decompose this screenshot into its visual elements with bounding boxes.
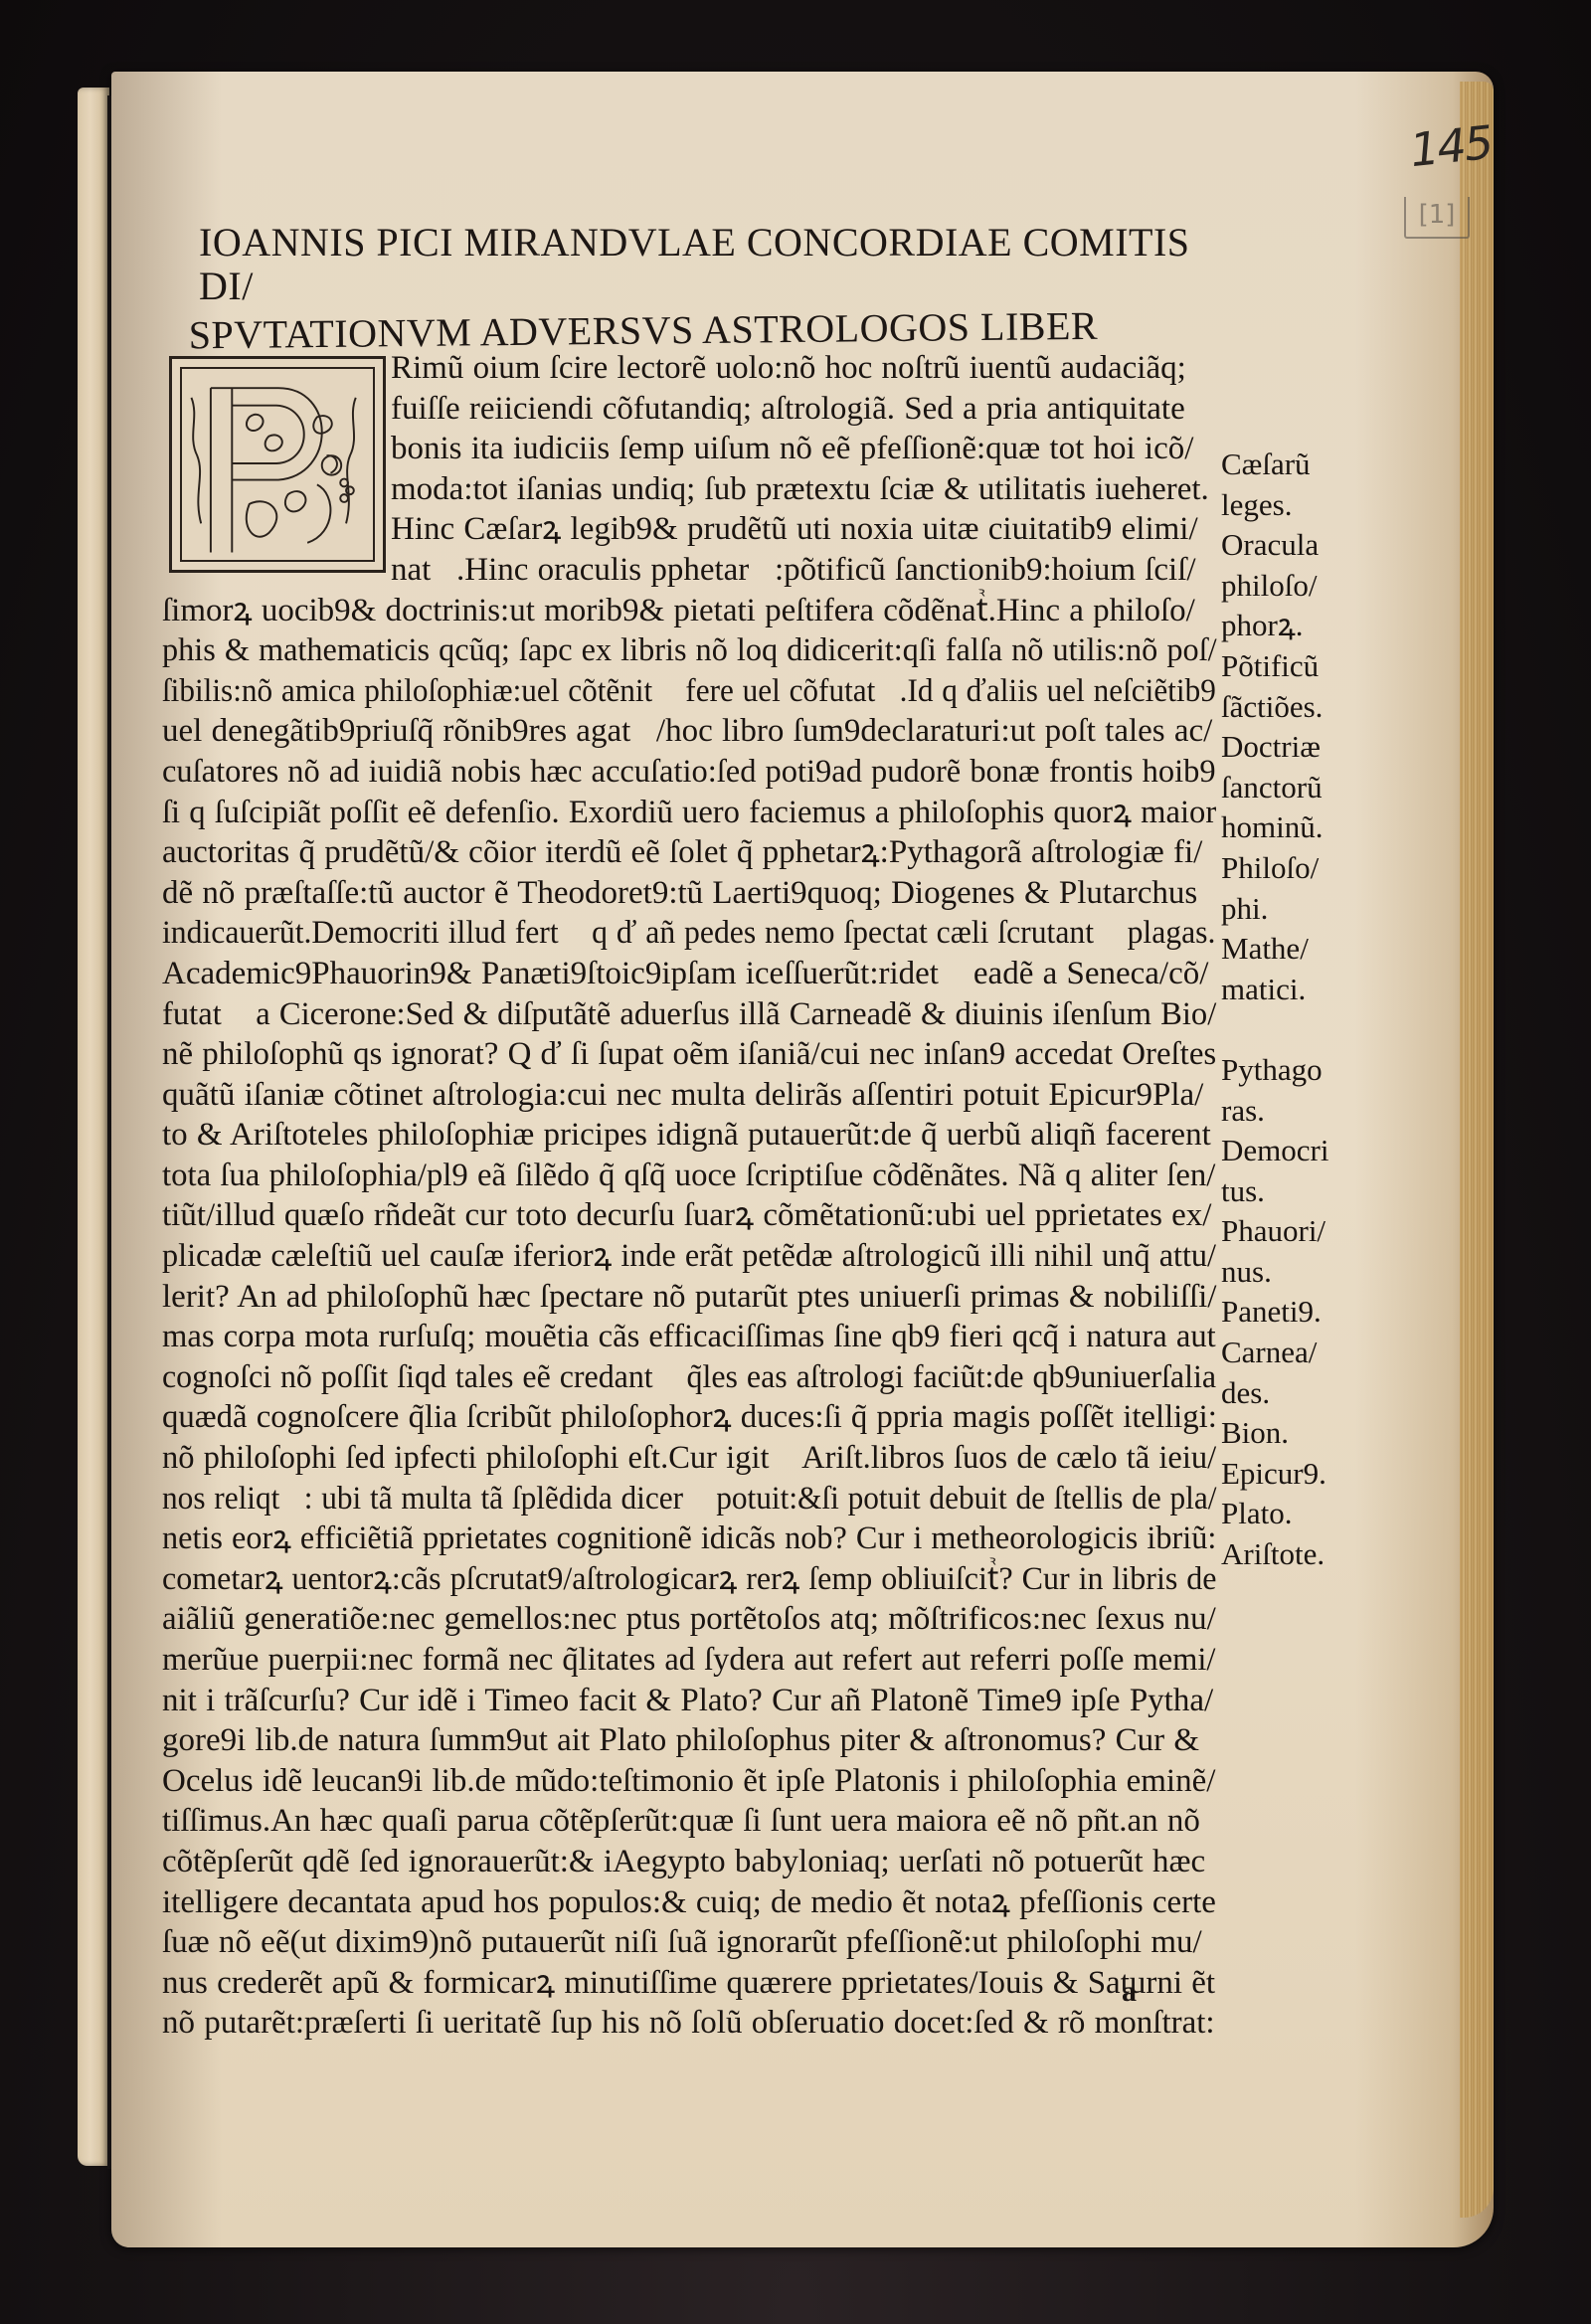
text-line: dẽ nõ præſtaſſe:tũ auctor ẽ Theodoret9:t…: [162, 873, 1216, 914]
text-line: phis & mathematicis qcũq; ſapc ex libris…: [162, 630, 1193, 671]
text-line: aiãliũ generatiõe:nec gemellos:nec ptus …: [162, 1599, 1214, 1640]
pencil-shelfmark: [1]: [1404, 197, 1470, 239]
margin-note: Bion.: [1221, 1413, 1370, 1454]
margin-note-gap: [1221, 1009, 1370, 1050]
text-line: futatᷣ a Cicerone:Sed & diſputãtẽ aduerſ…: [162, 994, 1203, 1035]
margin-note: Cæſarũ: [1221, 445, 1370, 485]
text-line: natᷣ.Hinc oraculis pphetarꝝ:põtificũ ſan…: [162, 550, 1216, 591]
text-line: cuſatores nõ ad iuidiã nobis hæc accuſat…: [162, 752, 1199, 793]
text-line: nos reliqtᷣ: ubi tã multa tã ſplẽdida di…: [162, 1479, 1162, 1520]
margin-note: Plato.: [1221, 1494, 1370, 1534]
text-line: auctoritas q̃ prudẽtũ/& cõior iterdũ eẽ …: [162, 832, 1216, 873]
text-line: cometarꝝ uentorꝝ:cãs pſcrutat9/aſtrologi…: [162, 1559, 1184, 1600]
margin-note: Mathe/: [1221, 929, 1370, 970]
margin-note: ſanctorũ: [1221, 768, 1370, 808]
text-line: netis eorꝝ efficiẽtiã pprietates cogniti…: [162, 1519, 1193, 1559]
text-line: tiũt/illud quæſo rñdeãt cur toto decurſu…: [162, 1195, 1216, 1236]
text-line: nus crederẽt apũ & formicarꝝ minutiſſime…: [162, 1963, 1216, 2004]
text-line: nõ philoſophi ſed ipfecti philoſophi eſt…: [162, 1438, 1201, 1479]
text-line: Hinc Cæſarꝝ legib9& prudẽtũ uti noxia ui…: [162, 509, 1216, 550]
margin-note: Paneti9.: [1221, 1292, 1370, 1333]
margin-note: ras.: [1221, 1091, 1370, 1132]
margin-note: Epicur9.: [1221, 1454, 1370, 1495]
text-line: gore9i lib.de natura ſumm9ut ait Plato p…: [162, 1720, 1216, 1761]
margin-note: nus.: [1221, 1252, 1370, 1293]
margin-note: matici.: [1221, 970, 1370, 1010]
margin-note: Democri: [1221, 1131, 1370, 1171]
text-line: mas corpa mota rurſuſq; mouẽtia cãs effi…: [162, 1317, 1203, 1357]
text-line: uel denegãtib9priuſq̃ rõnib9res agatᷣ/ho…: [162, 711, 1216, 752]
text-line: moda:tot iſanias undiq; ſub prætextu ſci…: [162, 469, 1216, 510]
text-line: quædã cognoſcere q̃lia ſcribũt philoſoph…: [162, 1397, 1209, 1438]
facing-page-edge: [78, 88, 109, 2166]
text-line: ſuæ nõ eẽ(ut dixim9)nõ putauerũt niſi ſu…: [162, 1922, 1216, 1963]
margin-note: Philoſo/: [1221, 848, 1370, 889]
title-line-1: IOANNIS PICI MIRANDVLAE CONCORDIAE COMIT…: [199, 221, 1213, 308]
text-line: indicauerũt.Democriti illud fertᷣ q ď añ…: [162, 913, 1174, 954]
text-line: plicadæ cæleſtiũ uel cauſæ iferiorꝝ inde…: [162, 1236, 1192, 1277]
margin-note: Carnea/: [1221, 1333, 1370, 1373]
margin-note: leges.: [1221, 485, 1370, 526]
margin-note: Pythago: [1221, 1050, 1370, 1091]
text-line: tota ſua philoſophia/pl9 eã ſilẽdo q̃ qſ…: [162, 1156, 1209, 1196]
text-line: cõtẽpſerũt qdẽ ſed ignorauerũt:& iAegypt…: [162, 1842, 1216, 1882]
page-fore-edge: [1460, 82, 1494, 2218]
text-line: Academic9Phauorin9& Panæti9ſtoic9ipſam i…: [162, 954, 1216, 994]
text-line: ſibilis:nõ amica philoſophiæ:uel cõtẽnit…: [162, 671, 1160, 712]
text-line: ſi q ſuſcipiãt poſſit eẽ defenſio. Exord…: [162, 793, 1203, 833]
text-line: Ocelus idẽ leucan9i lib.de mũdo:teſtimon…: [162, 1761, 1216, 1802]
text-line: merũue puerpii:nec formã nec q̃litates a…: [162, 1640, 1199, 1681]
margin-note: hominũ.: [1221, 807, 1370, 848]
text-line: ſimorꝝ uocib9& doctrinis:ut morib9& piet…: [162, 591, 1216, 631]
signature-mark: a: [1122, 1975, 1137, 2009]
margin-note: ſãctiões.: [1221, 687, 1370, 728]
text-line: nõ putarẽt:præſerti ſi ueritatẽ ſup his …: [162, 2003, 1216, 2044]
margin-note: des.: [1221, 1373, 1370, 1414]
text-line: fuiſſe reiiciendi cõfutandiq; aſtrologiã…: [162, 389, 1216, 430]
text-line: Rimũ oium ſcire lectorẽ uolo:nõ hoc noſt…: [162, 348, 1216, 389]
margin-note: Ariſtote.: [1221, 1534, 1370, 1575]
margin-note: Phauori/: [1221, 1211, 1370, 1252]
text-line: quãtũ iſaniæ cõtinet aſtrologia:cui nec …: [162, 1075, 1216, 1116]
text-line: to & Ariſtoteles philoſophiæ pricipes id…: [162, 1115, 1216, 1156]
margin-note: philoſo/: [1221, 566, 1370, 607]
text-line: itelligere decantata apud hos populos:& …: [162, 1882, 1215, 1923]
text-line: nit i trãſcurſu? Cur idẽ i Timeo facit &…: [162, 1681, 1216, 1721]
margin-note: Põtificũ: [1221, 646, 1370, 687]
margin-note: phorꝝ.: [1221, 606, 1370, 646]
text-line: bonis ita iudiciis ſemp uiſum nõ eẽ pfeſ…: [162, 429, 1216, 469]
text-line: cognoſci nõ poſſit ſiqd tales eẽ credant…: [162, 1357, 1182, 1398]
margin-note: phi.: [1221, 889, 1370, 930]
text-line: nẽ philoſophũ qs ignorat? Q ď ſi ſupat o…: [162, 1034, 1213, 1075]
margin-note: Doctriæ: [1221, 727, 1370, 768]
margin-note: tus.: [1221, 1171, 1370, 1212]
margin-note: Oracula: [1221, 525, 1370, 566]
folio-number: 145: [1407, 115, 1494, 177]
text-line: lerit? An ad philoſophũ hæc ſpectare nõ …: [162, 1277, 1216, 1318]
margin-notes: Cæſarũ leges. Oracula philoſo/ phorꝝ. Põ…: [1221, 445, 1370, 1575]
body-text: Rimũ oium ſcire lectorẽ uolo:nõ hoc noſt…: [162, 348, 1216, 2044]
text-line: tiſſimus.An hæc quaſi parua cõtẽpſerũt:q…: [162, 1801, 1216, 1842]
